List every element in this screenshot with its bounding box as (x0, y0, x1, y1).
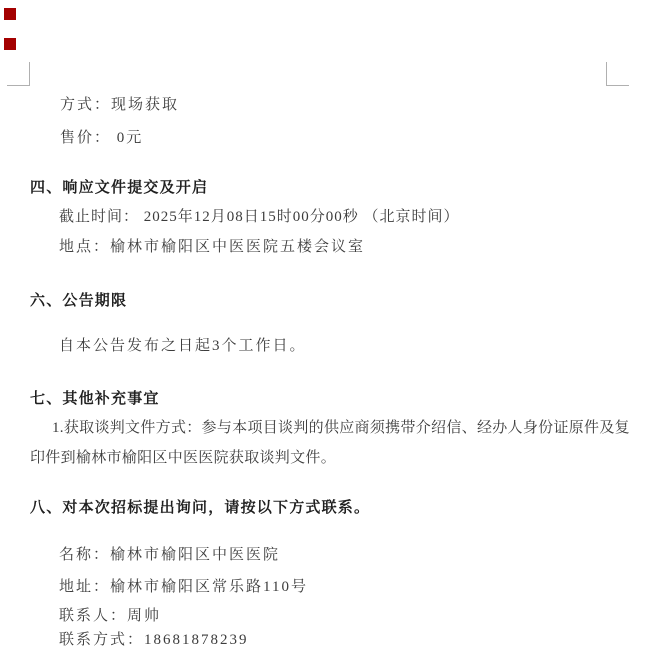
document-page[interactable]: 方式：现场获取 售价： 0元 四、响应文件提交及开启 截止时间： 2025年12… (0, 0, 658, 664)
line-contact-person: 联系人：周帅 (59, 607, 161, 625)
red-square-marker-top (4, 8, 16, 20)
heading-section-six-announcement-period: 六、公告期限 (30, 292, 127, 310)
line-contact-phone: 联系方式：18681878239 (59, 631, 249, 649)
heading-section-four-response-file-submission: 四、响应文件提交及开启 (30, 179, 208, 197)
paragraph-acquire-file-line2: 印件到榆林市榆阳区中医医院获取谈判文件。 (30, 449, 336, 467)
heading-section-seven-supplementary-matters: 七、其他补充事宜 (30, 390, 160, 408)
line-location: 地点：榆林市榆阳区中医医院五楼会议室 (59, 238, 365, 256)
paragraph-acquire-file-line1: 1.获取谈判文件方式：参与本项目谈判的供应商须携带介绍信、经办人身份证原件及复 (52, 419, 630, 437)
line-announcement-period: 自本公告发布之日起3个工作日。 (59, 337, 307, 355)
line-acquire-method: 方式：现场获取 (60, 96, 179, 114)
line-contact-address: 地址：榆林市榆阳区常乐路110号 (59, 578, 308, 596)
heading-section-eight-contact-info: 八、对本次招标提出询问，请按以下方式联系。 (30, 499, 370, 517)
margin-crop-mark-right (606, 62, 629, 86)
red-square-marker-bottom (4, 38, 16, 50)
line-deadline-time: 截止时间： 2025年12月08日15时00分00秒 （北京时间） (59, 208, 460, 226)
line-contact-name: 名称：榆林市榆阳区中医医院 (59, 546, 280, 564)
line-price: 售价： 0元 (60, 129, 143, 147)
margin-crop-mark-left (7, 62, 30, 86)
